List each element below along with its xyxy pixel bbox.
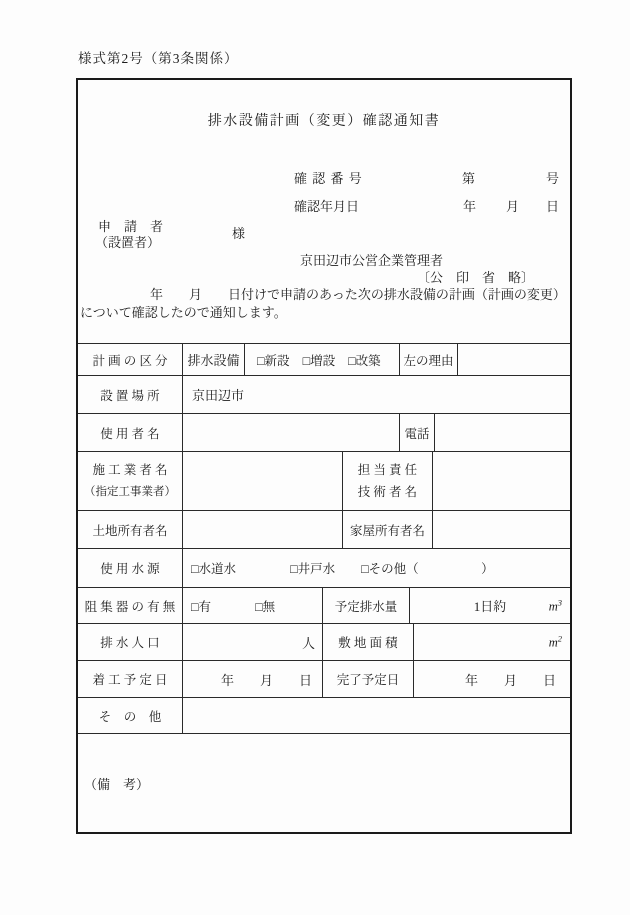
plan-type-options: □新設 □増設 □改築 <box>245 344 400 375</box>
row-contractor: 施 工 業 者 名 （指定工事業者） 担 当 責 任 技 術 者 名 <box>78 451 570 510</box>
form-number-label: 様式第2号（第3条関係） <box>78 47 239 67</box>
other-value <box>183 698 570 733</box>
row-plan-category: 計 画 の 区 分 排水設備 □新設 □増設 □改築 左の理由 <box>78 343 570 375</box>
contractor-value <box>183 452 343 510</box>
checkbox-option-suidousui: □水道水 <box>191 559 236 577</box>
interceptor-label: 阻 集 器 の 有 無 <box>78 588 183 623</box>
phone-label: 電話 <box>400 414 435 451</box>
drainage-volume-value: 1日約 m3 <box>410 588 570 623</box>
unit-sup: 3 <box>558 597 562 607</box>
other-label: そ の 他 <box>78 698 183 733</box>
drainage-volume-label: 予定排水量 <box>323 588 410 623</box>
start-month-unit: 月 <box>260 670 273 689</box>
end-year-unit: 年 <box>465 670 478 689</box>
confirm-date-label: 確認年月日 <box>294 196 359 215</box>
start-year-unit: 年 <box>221 670 234 689</box>
row-other: そ の 他 <box>78 697 570 733</box>
site-area-label: 敷 地 面 積 <box>323 624 414 660</box>
notice-box: 排水設備計画（変更）確認通知書 確 認 番 号 第 号 確認年月日 年 月 日 … <box>76 78 572 834</box>
confirm-date-month: 月 <box>506 196 519 215</box>
remarks-label: （備 考） <box>84 774 149 793</box>
checkbox-option-kaichiku: □改築 <box>348 351 381 369</box>
confirm-date-year: 年 <box>463 196 476 215</box>
checkbox-option-idomizu: □井戸水 <box>290 559 335 577</box>
end-date-label: 完了予定日 <box>323 661 414 697</box>
contractor-label-line2: （指定工事業者） <box>84 486 176 499</box>
landowner-value <box>183 511 343 548</box>
notice-title: 排水設備計画（変更）確認通知書 <box>78 110 570 130</box>
water-source-label: 使 用 水 源 <box>78 549 183 587</box>
row-interceptor: 阻 集 器 の 有 無 □有 □無 予定排水量 1日約 m3 <box>78 587 570 623</box>
reason-value <box>458 344 570 375</box>
plan-category-label: 計 画 の 区 分 <box>78 344 183 375</box>
water-source-options: □水道水 □井戸水 □その他（ ） <box>183 549 570 587</box>
population-value: 人 <box>183 624 323 660</box>
location-value: 京田辺市 <box>183 376 570 413</box>
applicant-sublabel: （設置者） <box>95 232 160 251</box>
user-name-label: 使 用 者 名 <box>78 414 183 451</box>
site-area-value: m2 <box>414 624 570 660</box>
confirm-number-prefix: 第 <box>462 168 475 187</box>
tech-manager-value <box>433 452 570 510</box>
row-landowner: 土地所有者名 家屋所有者名 <box>78 510 570 548</box>
cubic-meter-unit: m3 <box>549 597 562 614</box>
row-schedule: 着 工 予 定 日 年 月 日 完了予定日 年 月 日 <box>78 660 570 697</box>
row-location: 設 置 場 所 京田辺市 <box>78 375 570 413</box>
end-date-value: 年 月 日 <box>414 661 570 697</box>
location-label: 設 置 場 所 <box>78 376 183 413</box>
notice-body-text: 年 月 日付けで申請のあった次の排水設備の計画（計画の変更）について確認したので… <box>80 286 566 322</box>
checkbox-option-sonota: □その他（ ） <box>361 559 494 577</box>
confirm-number-label: 確 認 番 号 <box>294 168 363 187</box>
document-page: 様式第2号（第3条関係） 排水設備計画（変更）確認通知書 確 認 番 号 第 号… <box>0 0 630 915</box>
houseowner-label: 家屋所有者名 <box>343 511 433 548</box>
population-label: 排 水 人 口 <box>78 624 183 660</box>
plan-details-table: 計 画 の 区 分 排水設備 □新設 □増設 □改築 左の理由 設 置 場 所 … <box>78 343 570 733</box>
row-user-name: 使 用 者 名 電話 <box>78 413 570 451</box>
end-day-unit: 日 <box>543 670 556 689</box>
row-population: 排 水 人 口 人 敷 地 面 積 m2 <box>78 623 570 660</box>
phone-value <box>435 414 570 451</box>
person-unit: 人 <box>302 633 315 652</box>
tech-manager-label: 担 当 責 任 技 術 者 名 <box>343 452 433 510</box>
confirm-number-suffix: 号 <box>546 168 559 187</box>
unit-base: m <box>549 599 558 613</box>
tech-manager-label-line2: 技 術 者 名 <box>358 486 417 499</box>
contractor-label: 施 工 業 者 名 （指定工事業者） <box>78 452 183 510</box>
square-meter-unit: m2 <box>549 633 562 650</box>
contractor-label-line1: 施 工 業 者 名 <box>92 464 167 477</box>
seal-omitted-note: 〔公 印 省 略〕 <box>417 267 534 286</box>
drainage-volume-text: 1日約 <box>410 596 570 615</box>
start-date-label: 着 工 予 定 日 <box>78 661 183 697</box>
row-water-source: 使 用 水 源 □水道水 □井戸水 □その他（ ） <box>78 548 570 587</box>
start-date-value: 年 月 日 <box>183 661 323 697</box>
remarks-section: （備 考） <box>78 733 570 832</box>
checkbox-option-shinsetsu: □新設 <box>257 351 290 369</box>
landowner-label: 土地所有者名 <box>78 511 183 548</box>
unit-base: m <box>549 636 558 650</box>
plan-category-type: 排水設備 <box>183 344 245 375</box>
reason-label: 左の理由 <box>400 344 458 375</box>
user-name-value <box>183 414 400 451</box>
confirm-date-day: 日 <box>546 196 559 215</box>
tech-manager-label-line1: 担 当 責 任 <box>358 464 417 477</box>
unit-sup: 2 <box>558 633 562 643</box>
houseowner-value <box>433 511 570 548</box>
start-day-unit: 日 <box>299 670 312 689</box>
checkbox-option-nashi: □無 <box>255 597 275 615</box>
checkbox-option-ari: □有 <box>191 597 211 615</box>
checkbox-option-zousetsu: □増設 <box>303 351 336 369</box>
applicant-honorific: 様 <box>232 223 245 242</box>
end-month-unit: 月 <box>504 670 517 689</box>
interceptor-options: □有 □無 <box>183 588 323 623</box>
